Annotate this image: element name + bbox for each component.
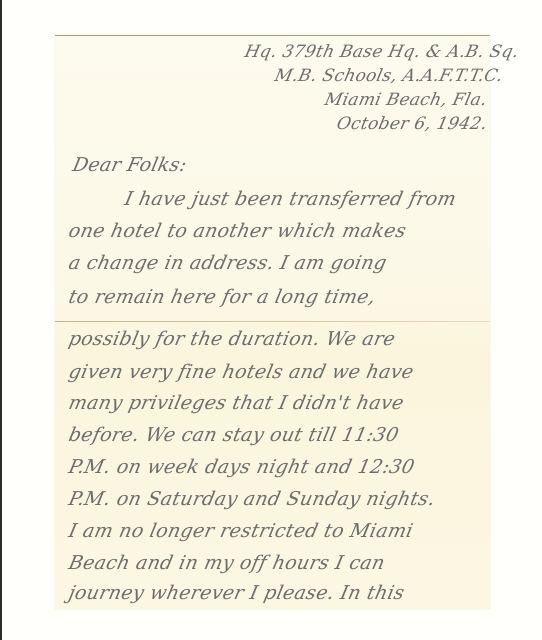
body-line: one hotel to another which makes (67, 220, 409, 242)
body-line: I have just been transferred from (123, 188, 459, 210)
header-location: Miami Beach, Fla. (323, 90, 489, 110)
body-line: to remain here for a long time, (67, 286, 378, 308)
body-line: journey wherever I please. In this (67, 582, 407, 604)
letter-page: Hq. 379th Base Hq. & A.B. Sq. M.B. Schoo… (55, 35, 490, 609)
body-line: many privileges that I didn't have (67, 392, 406, 414)
salutation: Dear Folks: (71, 154, 189, 176)
header-unit: Hq. 379th Base Hq. & A.B. Sq. (243, 42, 521, 62)
body-line: P.M. on Saturday and Sunday nights. (67, 488, 438, 510)
fold-crease (55, 321, 490, 322)
image-border (0, 0, 2, 640)
header-date: October 6, 1942. (335, 114, 489, 134)
body-line: Beach and in my off hours I can (67, 552, 387, 574)
body-line: P.M. on week days night and 12:30 (67, 456, 417, 478)
body-line: possibly for the duration. We are (67, 328, 398, 350)
body-line: a change in address. I am going (67, 252, 389, 274)
body-line: before. We can stay out till 11:30 (67, 424, 401, 446)
body-line: I am no longer restricted to Miami (67, 520, 415, 542)
header-school: M.B. Schools, A.A.F.T.T.C. (273, 66, 505, 86)
body-line: given very fine hotels and we have (67, 361, 416, 383)
